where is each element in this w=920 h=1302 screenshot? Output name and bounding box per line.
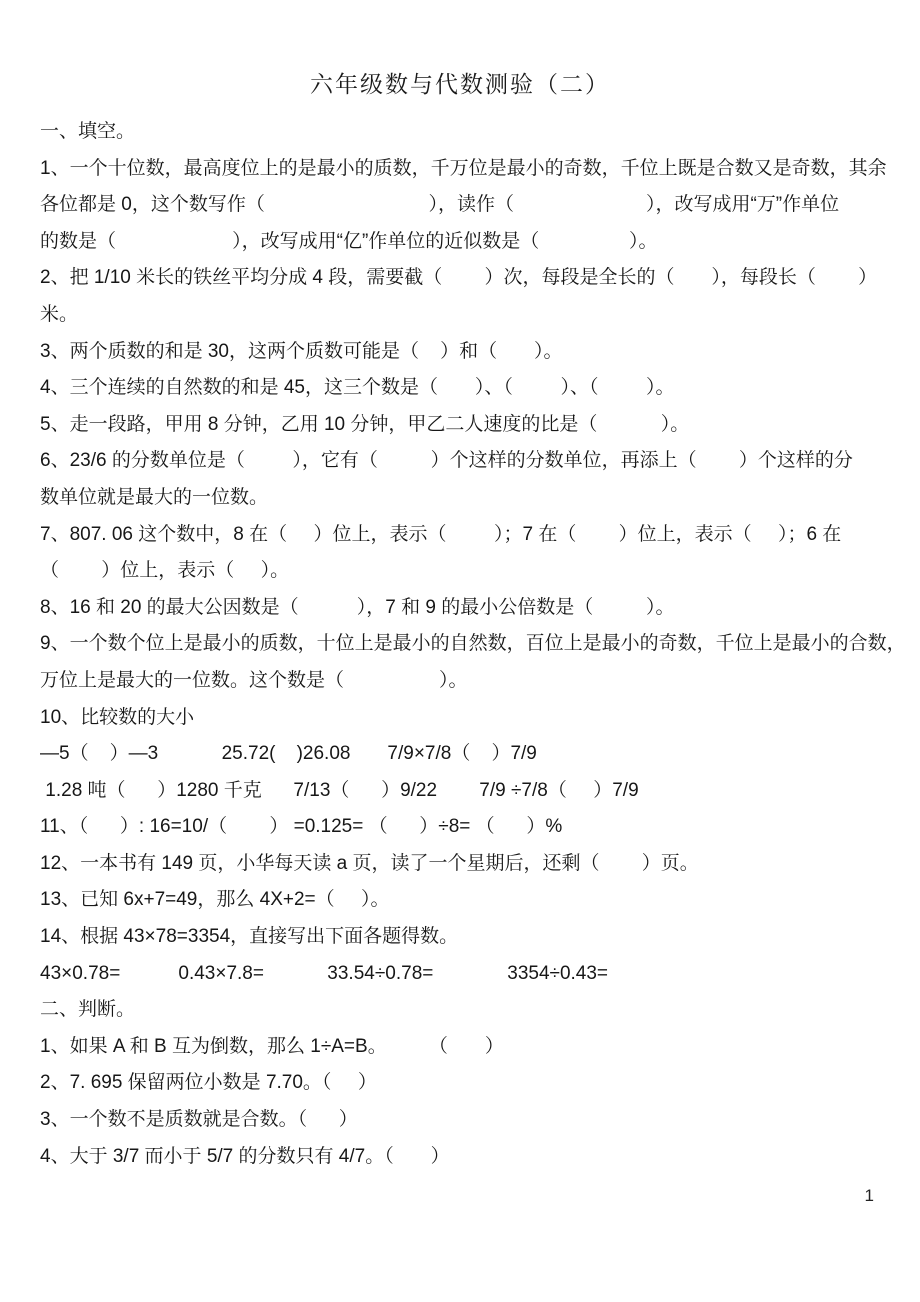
question-3: 3、两个质数的和是 30，这两个质数可能是（ ）和（ ）。 bbox=[40, 334, 890, 371]
judge-1: 1、如果 A 和 B 互为倒数，那么 1÷A=B。 （ ） bbox=[40, 1029, 890, 1066]
question-7-line-2: （ ）位上，表示（ ）。 bbox=[40, 553, 890, 590]
question-9-line-1: 9、一个数个位上是最小的质数，十位上是最小的自然数，百位上是最小的奇数，千位上是… bbox=[40, 626, 890, 663]
question-6-line-1: 6、23/6 的分数单位是（ ），它有（ ）个这样的分数单位，再添上（ ）个这样… bbox=[40, 443, 890, 480]
question-10-row-1: —5（ ）—3 25.72( )26.08 7/9×7/8（ ）7/9 bbox=[40, 736, 890, 773]
question-9-line-2: 万位上是最大的一位数。这个数是（ ）。 bbox=[40, 663, 890, 700]
question-13: 13、已知 6x+7=49，那么 4X+2=（ ）。 bbox=[40, 882, 890, 919]
question-1-line-2: 各位都是 0，这个数写作（ ），读作（ ），改写成用“万”作单位 bbox=[40, 187, 890, 224]
question-2-line-2: 米。 bbox=[40, 297, 890, 334]
document-title: 六年级数与代数测验（二） bbox=[0, 66, 920, 99]
question-6-line-2: 数单位就是最大的一位数。 bbox=[40, 480, 890, 517]
document-body: 一、填空。 1、一个十位数，最高度位上的是最小的质数，千万位是最小的奇数，千位上… bbox=[40, 114, 890, 1175]
section-2-heading: 二、判断。 bbox=[40, 992, 890, 1029]
question-7-line-1: 7、807. 06 这个数中，8 在（ ）位上，表示（ ）；7 在（ ）位上，表… bbox=[40, 517, 890, 554]
question-14-row: 43×0.78= 0.43×7.8= 33.54÷0.78= 3354÷0.43… bbox=[40, 956, 890, 993]
section-1-heading: 一、填空。 bbox=[40, 114, 890, 151]
question-12: 12、一本书有 149 页，小华每天读 a 页，读了一个星期后，还剩（ ）页。 bbox=[40, 846, 890, 883]
judge-3: 3、一个数不是质数就是合数。（ ） bbox=[40, 1102, 890, 1139]
document-page: 六年级数与代数测验（二） 一、填空。 1、一个十位数，最高度位上的是最小的质数，… bbox=[0, 0, 920, 1302]
question-1-line-1: 1、一个十位数，最高度位上的是最小的质数，千万位是最小的奇数，千位上既是合数又是… bbox=[40, 151, 890, 188]
page-number: 1 bbox=[865, 1186, 874, 1206]
judge-4: 4、大于 3/7 而小于 5/7 的分数只有 4/7。（ ） bbox=[40, 1139, 890, 1176]
judge-2: 2、7. 695 保留两位小数是 7.70。（ ） bbox=[40, 1065, 890, 1102]
question-11: 11、（ ）: 16=10/（ ） =0.125= （ ）÷8= （ ）% bbox=[40, 809, 890, 846]
question-14-heading: 14、根据 43×78=3354，直接写出下面各题得数。 bbox=[40, 919, 890, 956]
question-10-row-2: 1.28 吨（ ）1280 千克 7/13（ ）9/22 7/9 ÷7/8（ ）… bbox=[40, 773, 890, 810]
question-4: 4、三个连续的自然数的和是 45，这三个数是（ ）、（ ）、（ ）。 bbox=[40, 370, 890, 407]
question-10-heading: 10、比较数的大小 bbox=[40, 700, 890, 737]
question-5: 5、走一段路，甲用 8 分钟，乙用 10 分钟，甲乙二人速度的比是（ ）。 bbox=[40, 407, 890, 444]
question-8: 8、16 和 20 的最大公因数是（ ），7 和 9 的最小公倍数是（ ）。 bbox=[40, 590, 890, 627]
question-2-line-1: 2、把 1/10 米长的铁丝平均分成 4 段，需要截（ ）次，每段是全长的（ ）… bbox=[40, 260, 890, 297]
question-1-line-3: 的数是（ ），改写成用“亿”作单位的近似数是（ ）。 bbox=[40, 224, 890, 261]
